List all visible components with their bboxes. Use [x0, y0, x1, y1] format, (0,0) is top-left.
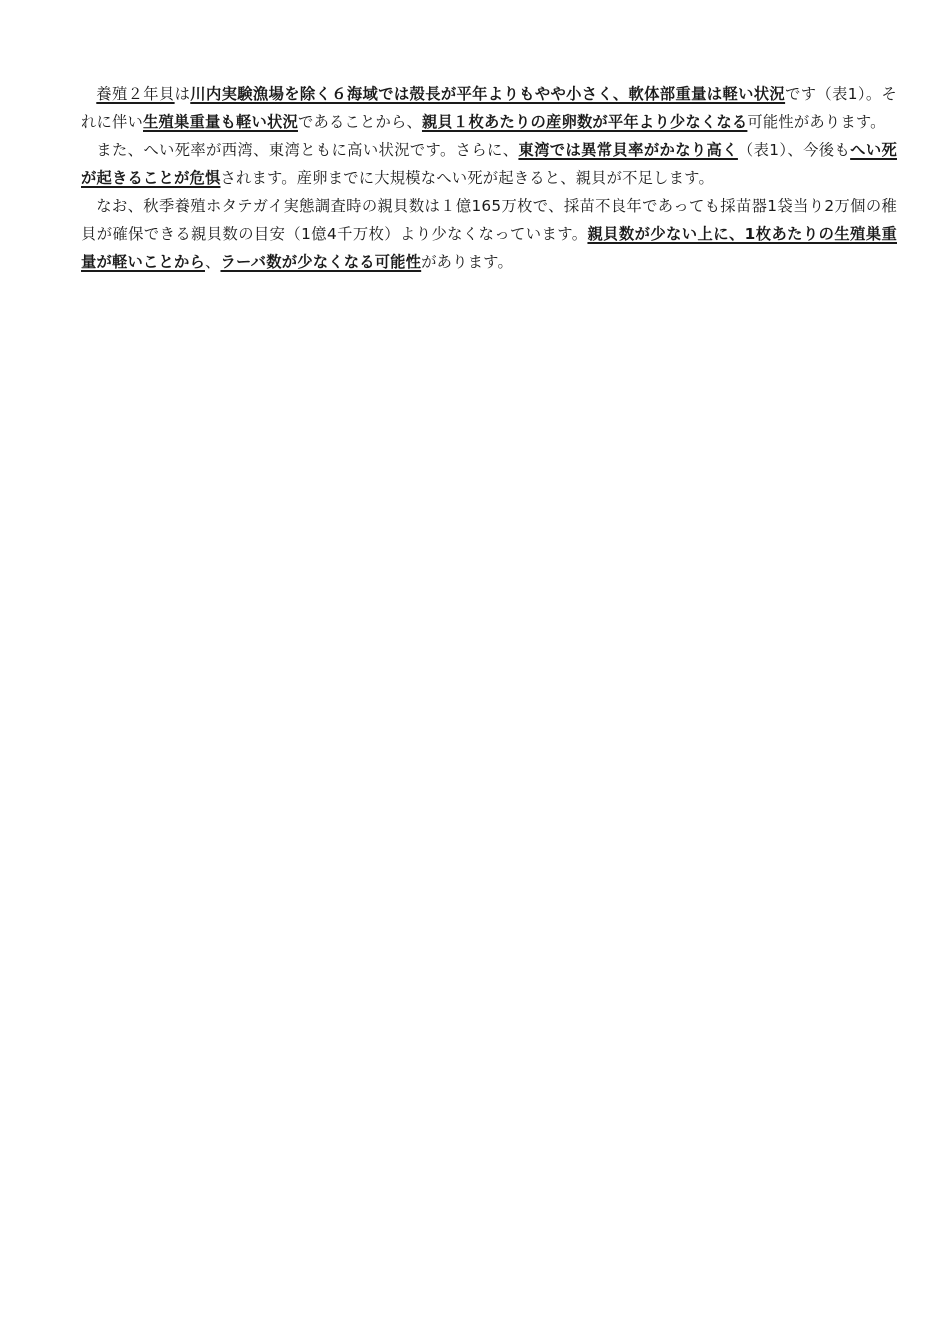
text-segment: 川内実験漁場を除く６海域では殻長が平年よりもやや小さく、軟体部重量は軽い状況	[190, 85, 785, 103]
text-segment: 親貝１枚あたりの産卵数が平年より少なくなる	[422, 113, 747, 131]
text-segment: また、へい死率が西湾、東湾ともに高い状況です。さらに、	[96, 141, 518, 159]
document-page: 養殖２年貝は川内実験漁場を除く６海域では殻長が平年よりもやや小さく、軟体部重量は…	[81, 80, 897, 276]
text-segment: は	[175, 85, 191, 103]
text-segment: 可能性があります。	[747, 113, 885, 131]
text-segment: があります。	[421, 253, 513, 271]
text-segment: ラーバ数が少なくなる可能性	[220, 253, 421, 271]
text-segment: であることから、	[298, 113, 422, 131]
text-segment: （表1）、今後も	[738, 141, 850, 159]
paragraph-mortality: また、へい死率が西湾、東湾ともに高い状況です。さらに、東湾では異常貝率がかなり高…	[81, 136, 897, 192]
text-segment: 東湾では異常貝率がかなり高く	[518, 141, 738, 159]
paragraph-parent-shell-count: なお、秋季養殖ホタテガイ実態調査時の親貝数は１億165万枚で、採苗不良年であって…	[81, 192, 897, 276]
paragraph-growth-status: 養殖２年貝は川内実験漁場を除く６海域では殻長が平年よりもやや小さく、軟体部重量は…	[81, 80, 897, 136]
text-segment: されます。産卵までに大規模なへい死が起きると、親貝が不足します。	[220, 169, 713, 187]
text-segment: 、	[205, 253, 221, 271]
text-segment: 生殖巣重量も軽い状況	[143, 113, 298, 131]
text-segment: 養殖２年貝	[96, 85, 174, 103]
